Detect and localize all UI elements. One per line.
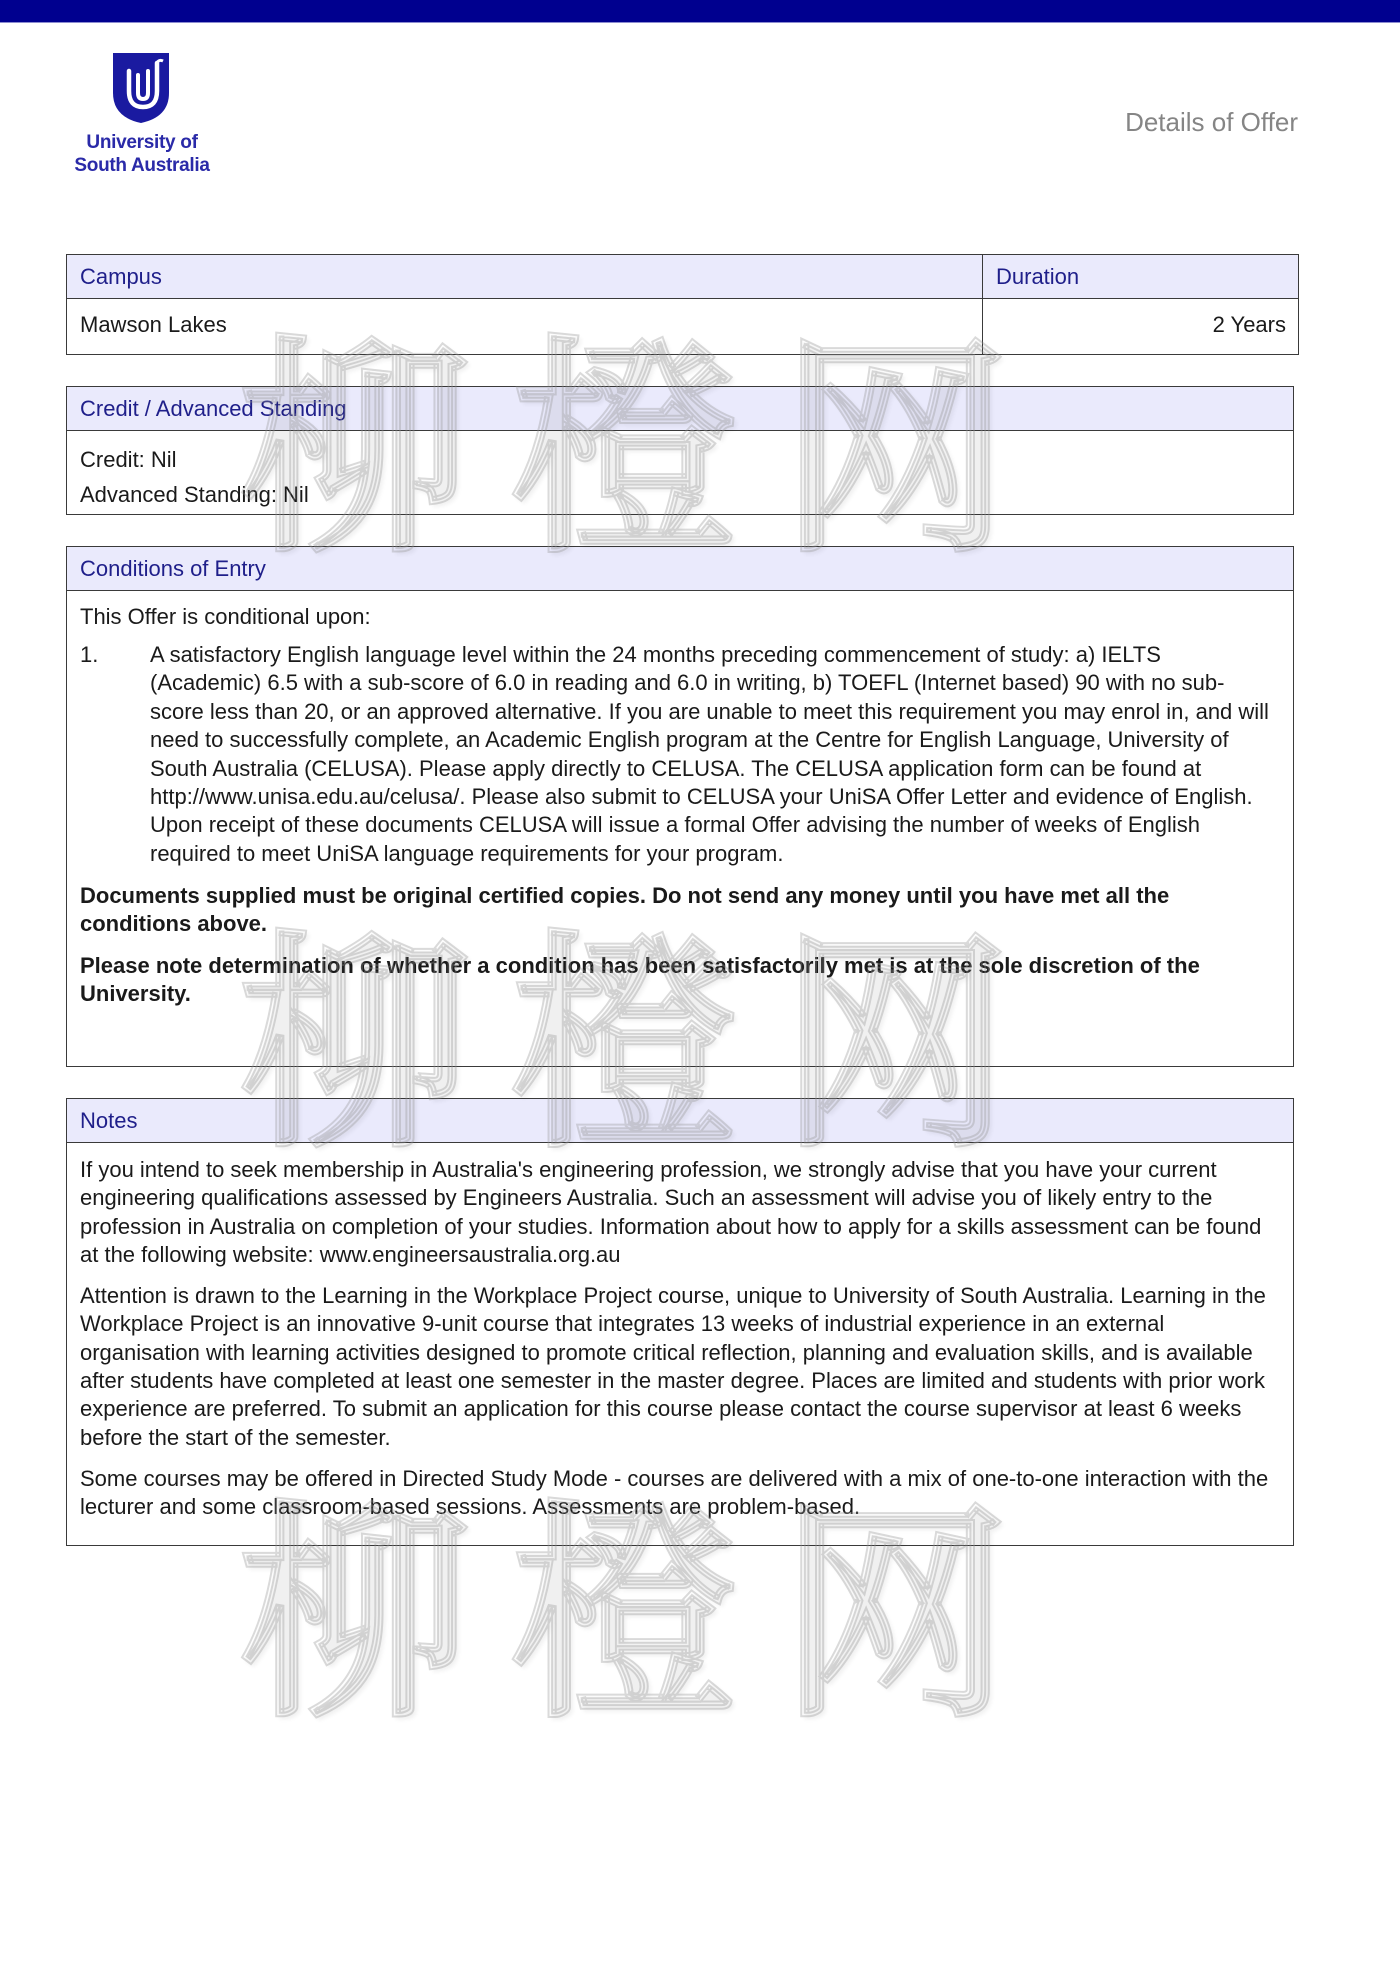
duration-column: Duration 2 Years: [983, 255, 1298, 354]
credit-section: Credit / Advanced Standing Credit: Nil A…: [66, 386, 1294, 515]
logo-text-line1: University of: [62, 132, 222, 154]
logo-text-line2: South Australia: [62, 155, 222, 177]
campus-header: Campus: [67, 255, 982, 299]
campus-column: Campus Mawson Lakes: [67, 255, 983, 354]
credit-section-title: Credit / Advanced Standing: [67, 387, 1293, 431]
discretion-notice: Please note determination of whether a c…: [80, 952, 1280, 1008]
conditions-intro: This Offer is conditional upon:: [80, 602, 1280, 632]
unisa-shield-icon: [113, 53, 169, 123]
notes-section-title: Notes: [67, 1099, 1293, 1143]
campus-duration-table: Campus Mawson Lakes Duration 2 Years: [66, 254, 1299, 355]
duration-value: 2 Years: [983, 299, 1298, 354]
top-brand-band: [0, 0, 1400, 23]
campus-value: Mawson Lakes: [67, 299, 982, 354]
notes-section: Notes If you intend to seek membership i…: [66, 1098, 1294, 1546]
notes-paragraph: Attention is drawn to the Learning in th…: [80, 1282, 1280, 1452]
advanced-standing-line: Advanced Standing: Nil: [80, 477, 1280, 512]
conditions-section: Conditions of Entry This Offer is condit…: [66, 546, 1294, 1067]
duration-header: Duration: [983, 255, 1298, 299]
document-title: Details of Offer: [1125, 107, 1298, 138]
university-logo: University of South Australia: [62, 52, 222, 182]
condition-text: A satisfactory English language level wi…: [150, 641, 1280, 868]
credit-line: Credit: Nil: [80, 442, 1280, 477]
condition-item: 1. A satisfactory English language level…: [80, 641, 1280, 868]
documents-notice: Documents supplied must be original cert…: [80, 882, 1280, 938]
condition-number: 1.: [80, 641, 150, 868]
conditions-section-title: Conditions of Entry: [67, 547, 1293, 591]
notes-paragraph: Some courses may be offered in Directed …: [80, 1465, 1280, 1522]
notes-paragraph: If you intend to seek membership in Aust…: [80, 1156, 1280, 1269]
